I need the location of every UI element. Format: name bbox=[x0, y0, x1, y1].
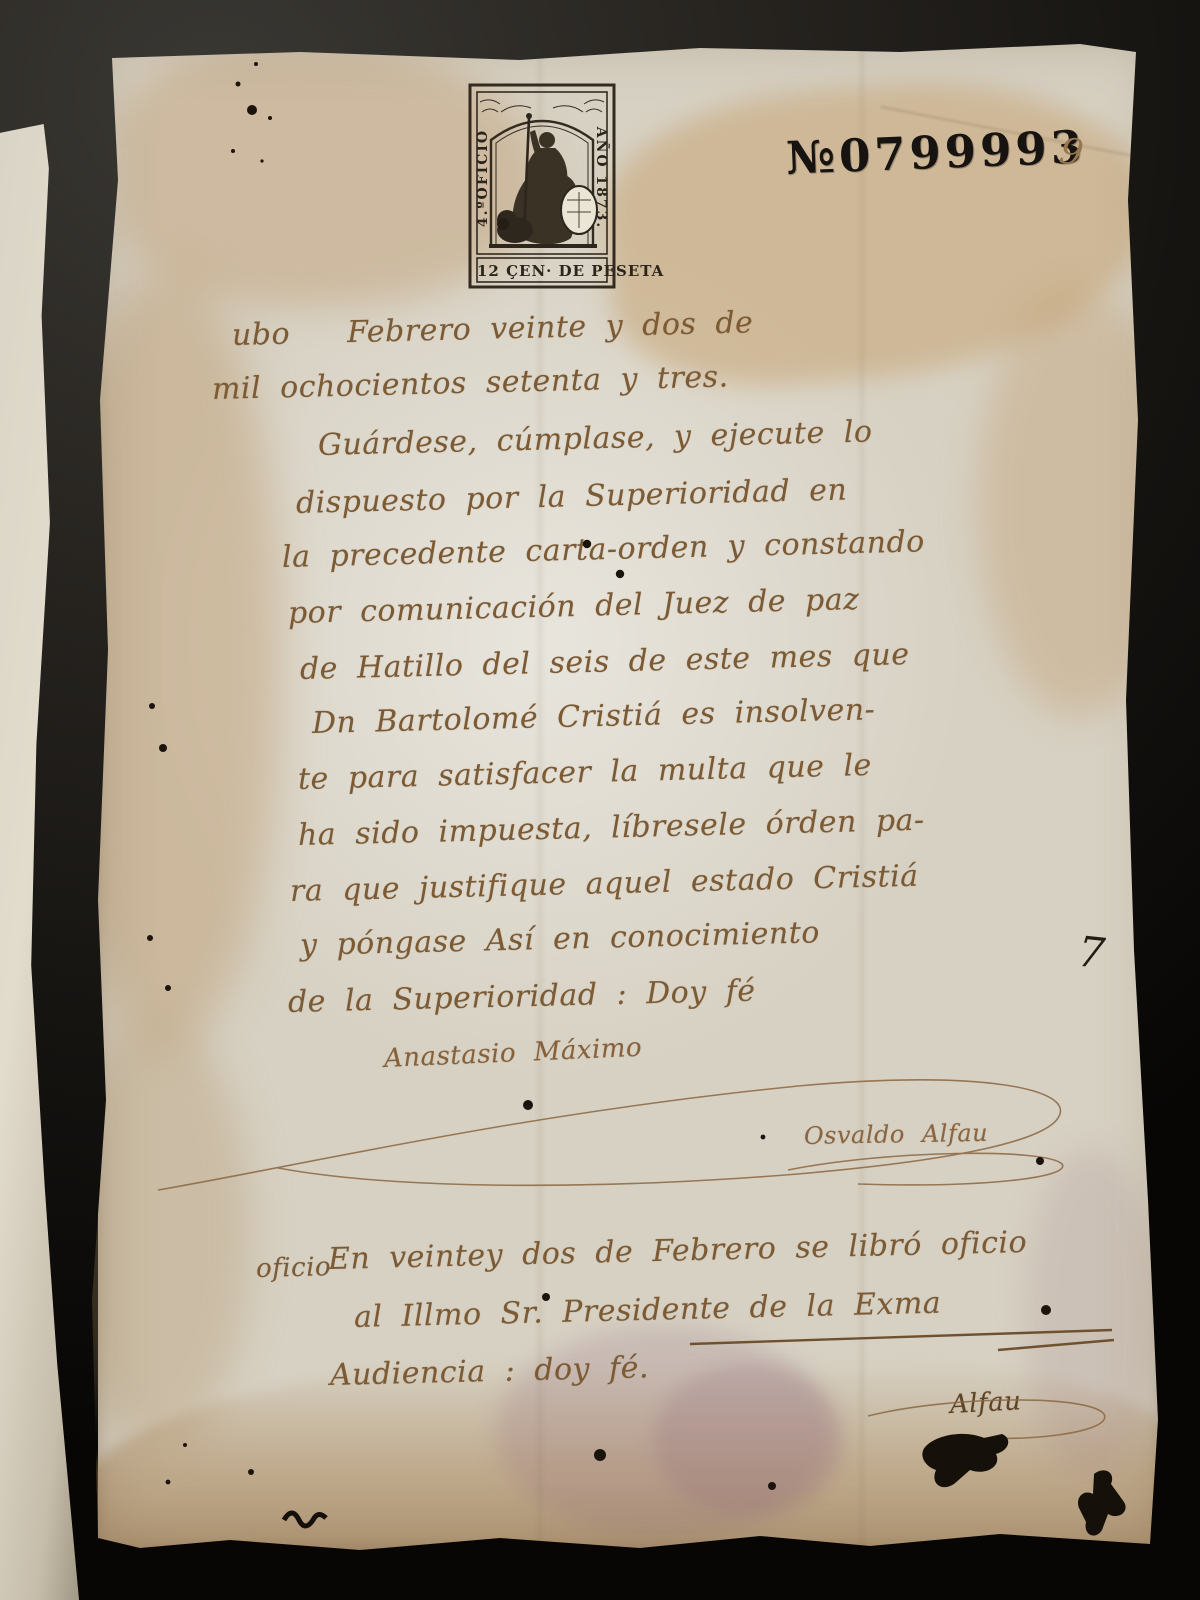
manuscript-line: ha sido impuesta, líbresele órden pa- bbox=[298, 803, 925, 853]
fold-crease bbox=[860, 38, 864, 1550]
manuscript-line: mil ochocientos setenta y tres. bbox=[212, 359, 729, 407]
manuscript-line: dispuesto por la Superioridad en bbox=[296, 473, 848, 521]
manuscript-line: te para satisfacer la multa que le bbox=[298, 748, 873, 797]
seal-stain bbox=[654, 1364, 844, 1516]
manuscript-line: ubo Febrero veinte y dos de bbox=[232, 305, 754, 353]
manuscript-line: y póngase Así en conocimiento bbox=[300, 915, 821, 963]
paper-stain bbox=[978, 288, 1178, 718]
adjacent-page-edge bbox=[0, 124, 104, 1600]
serial-number-stamp: №0799993 bbox=[785, 120, 1087, 184]
underline-stroke bbox=[690, 1330, 1114, 1350]
ink-blot bbox=[922, 1434, 1125, 1536]
closing-line: Audiencia : doy fé. bbox=[330, 1350, 650, 1393]
stamp-right-label: AÑO 1873. bbox=[593, 103, 609, 253]
manuscript-line: Dn Bartolomé Cristiá es insolven- bbox=[312, 692, 876, 741]
ink-squiggle bbox=[284, 1513, 326, 1526]
paper-stain bbox=[1026, 1148, 1156, 1478]
manuscript-line: Guárdese, cúmplase, y ejecute lo bbox=[318, 414, 873, 463]
closing-line: En veintey dos de Febrero se libró ofici… bbox=[328, 1225, 1028, 1277]
manuscript-line: ra que justifique aquel estado Cristiá bbox=[290, 859, 919, 909]
manuscript-line: de la Superioridad : Doy fé bbox=[288, 974, 756, 1020]
signature-clerk: Anastasio Máximo bbox=[383, 1033, 642, 1074]
manuscript-line: por comunicación del Juez de paz bbox=[288, 582, 860, 631]
manuscript-line: de Hatillo del seis de este mes que bbox=[300, 637, 910, 687]
paper-stain bbox=[62, 1018, 252, 1448]
signature-bottom: Alfau bbox=[949, 1386, 1022, 1420]
revenue-stamp: 4.ºOFICIO AÑO 1873. 12 ÇEN· DE PESETA bbox=[467, 82, 617, 290]
signature-official: Osvaldo Alfau bbox=[804, 1119, 989, 1150]
paper-stain bbox=[594, 63, 1162, 399]
photo-background: { "colors": { "background": "#1d1b18", "… bbox=[0, 0, 1200, 1600]
closing-line: al Illmo Sr. Presidente de la Exma bbox=[354, 1286, 942, 1335]
margin-note-word: oficio bbox=[256, 1252, 332, 1284]
stamp-denomination-label: 12 ÇEN· DE PESETA bbox=[477, 262, 607, 280]
document-page: 4.ºOFICIO AÑO 1873. 12 ÇEN· DE PESETA №0… bbox=[98, 38, 1160, 1550]
handwritten-margin-mark: 7 bbox=[1076, 927, 1108, 979]
stamp-left-label: 4.ºOFICIO bbox=[475, 103, 491, 253]
manuscript-line: la precedente carta-orden y constando bbox=[282, 524, 926, 575]
